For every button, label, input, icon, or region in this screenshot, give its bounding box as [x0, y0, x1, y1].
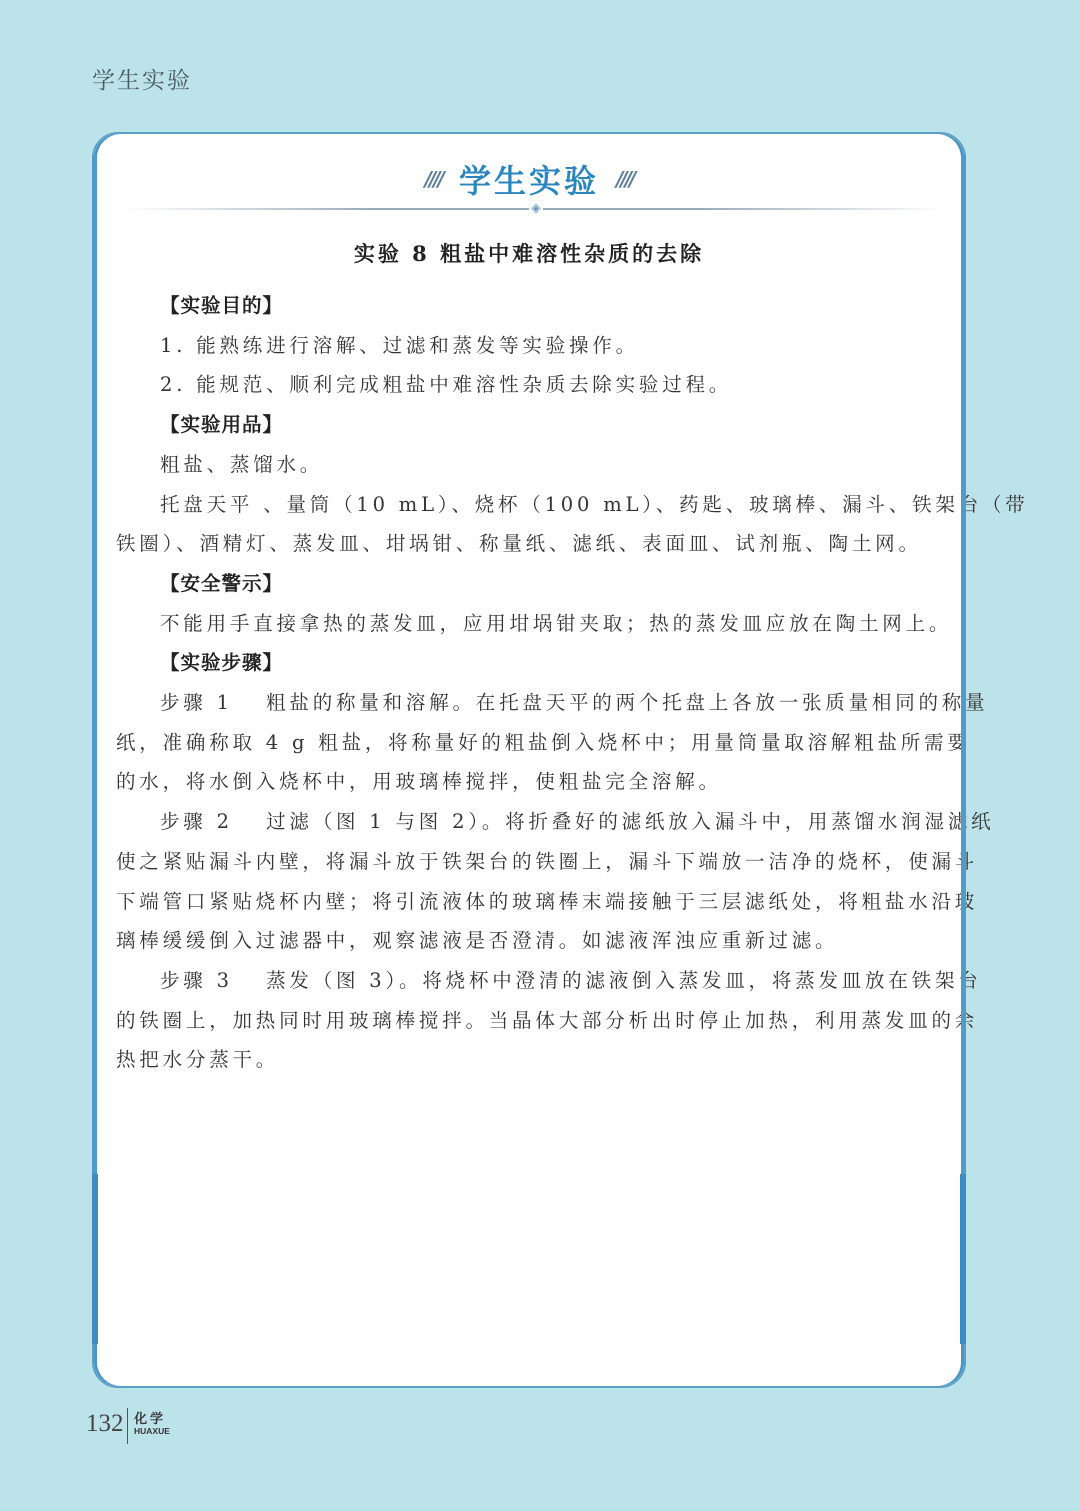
- edge-accent-right: [960, 1174, 966, 1344]
- step2-line: 璃棒缓缓倒入过滤器中，观察滤液是否澄清。如滤液浑浊应重新过滤。: [116, 921, 942, 961]
- purpose-item: 1. 能熟练进行溶解、过滤和蒸发等实验操作。: [116, 326, 942, 366]
- step2-line: 使之紧贴漏斗内壁，将漏斗放于铁架台的铁圈上，漏斗下端放一洁净的烧杯，使漏斗: [116, 842, 942, 882]
- experiment-body: 【实验目的】 1. 能熟练进行溶解、过滤和蒸发等实验操作。 2. 能规范、顺利完…: [116, 286, 942, 1080]
- subject-pinyin: HUAXUE: [134, 1426, 170, 1436]
- content-card: //// 学生实验 //// ◈ 实验 8 粗盐中难溶性杂质的去除 【实验目的】…: [92, 132, 966, 1388]
- supplies-apparatus: 铁圈）、酒精灯、蒸发皿、坩埚钳、称量纸、滤纸、表面皿、试剂瓶、陶土网。: [116, 524, 942, 564]
- heading-steps: 【实验步骤】: [116, 643, 942, 683]
- step2-line: 步骤 2 过滤（图 1 与图 2）。将折叠好的滤纸放入漏斗中，用蒸馏水润湿滤纸: [116, 802, 942, 842]
- banner-title: 学生实验: [459, 156, 599, 202]
- slash-deco-right-icon: ////: [616, 167, 633, 191]
- experiment-title: 实验 8 粗盐中难溶性杂质的去除: [94, 238, 964, 268]
- step3-line: 的铁圈上，加热同时用玻璃棒搅拌。当晶体大部分析出时停止加热，利用蒸发皿的余: [116, 1001, 942, 1041]
- running-head: 学生实验: [92, 62, 192, 95]
- folio-divider: [127, 1408, 128, 1444]
- safety-text: 不能用手直接拿热的蒸发皿，应用坩埚钳夹取；热的蒸发皿应放在陶土网上。: [116, 604, 942, 644]
- slash-deco-left-icon: ////: [425, 167, 442, 191]
- edge-accent-left: [92, 1174, 98, 1344]
- supplies-reagents: 粗盐、蒸馏水。: [116, 445, 942, 485]
- step3-line: 步骤 3 蒸发（图 3）。将烧杯中澄清的滤液倒入蒸发皿，将蒸发皿放在铁架台: [116, 961, 942, 1001]
- purpose-item: 2. 能规范、顺利完成粗盐中难溶性杂质去除实验过程。: [116, 365, 942, 405]
- heading-purpose: 【实验目的】: [116, 286, 942, 326]
- step3-line: 热把水分蒸干。: [116, 1040, 942, 1080]
- section-banner: //// 学生实验 ////: [94, 156, 964, 206]
- step2-line: 下端管口紧贴烧杯内壁；将引流液体的玻璃棒末端接触于三层滤纸处，将粗盐水沿玻: [116, 882, 942, 922]
- page-number: 132: [86, 1410, 124, 1438]
- step1-line: 的水，将水倒入烧杯中，用玻璃棒搅拌，使粗盐完全溶解。: [116, 762, 942, 802]
- supplies-apparatus: 托盘天平 、量筒（10 mL）、烧杯（100 mL）、药匙、玻璃棒、漏斗、铁架台…: [116, 485, 942, 525]
- step1-line: 纸，准确称取 4 g 粗盐，将称量好的粗盐倒入烧杯中；用量筒量取溶解粗盐所需要: [116, 723, 942, 763]
- subject-label: 化学: [134, 1408, 166, 1427]
- heading-supplies: 【实验用品】: [116, 405, 942, 445]
- diamond-ornament-icon: ◈: [529, 202, 543, 216]
- step1-line: 步骤 1 粗盐的称量和溶解。在托盘天平的两个托盘上各放一张质量相同的称量: [116, 683, 942, 723]
- heading-safety: 【安全警示】: [116, 564, 942, 604]
